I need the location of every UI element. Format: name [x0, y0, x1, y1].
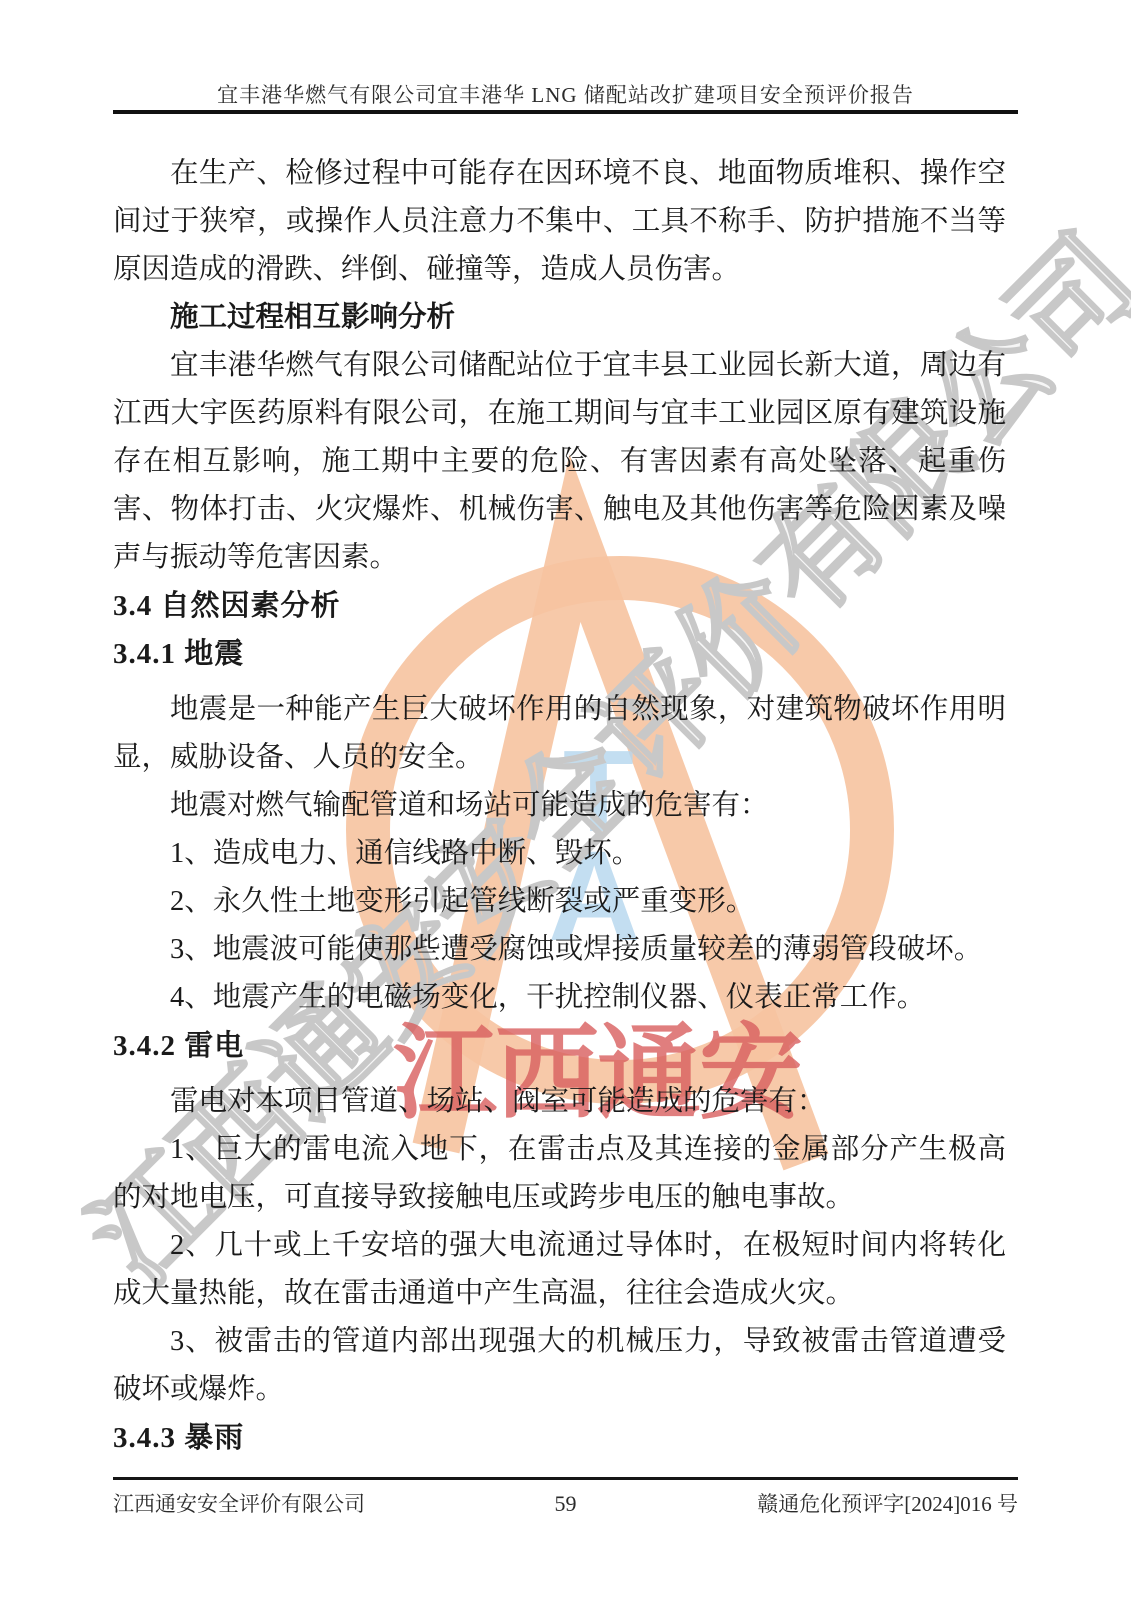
footer-page-number: 59 [506, 1491, 626, 1517]
paragraph-construction-impact: 宜丰港华燃气有限公司储配站位于宜丰县工业园长新大道，周边有江西大宇医药原料有限公… [113, 342, 1006, 582]
list-item-earthquake-1: 1、造成电力、通信线路中断、毁坏。 [113, 830, 1006, 878]
list-item-lightning-2: 2、几十或上千安培的强大电流通过导体时，在极短时间内将转化成大量热能，故在雷击通… [113, 1222, 1006, 1318]
footer: 江西通安安全评价有限公司 59 赣通危化预评字[2024]016 号 [113, 1488, 1018, 1518]
heading-3-4-3-rainstorm: 3.4.3 暴雨 [113, 1414, 1006, 1462]
document-page: T A 江西通安安全评价有限公司 江西通安 宜丰港华燃气有限公司宜丰港华 LNG… [0, 0, 1131, 1600]
list-item-lightning-1: 1、巨大的雷电流入地下，在雷击点及其连接的金属部分产生极高的对地电压，可直接导致… [113, 1126, 1006, 1222]
heading-3-4-natural-factors: 3.4 自然因素分析 [113, 582, 1006, 630]
paragraph-lightning-lead: 雷电对本项目管道、场站、阀室可能造成的危害有： [113, 1078, 1006, 1126]
list-item-earthquake-3: 3、地震波可能使那些遭受腐蚀或焊接质量较差的薄弱管段破坏。 [113, 926, 1006, 974]
list-item-earthquake-4: 4、地震产生的电磁场变化，干扰控制仪器、仪表正常工作。 [113, 974, 1006, 1022]
paragraph-earthquake-hazards-lead: 地震对燃气输配管道和场站可能造成的危害有： [113, 782, 1006, 830]
footer-doc-number: 赣通危化预评字[2024]016 号 [626, 1488, 1019, 1518]
footer-divider [113, 1477, 1018, 1480]
paragraph-earthquake-intro: 地震是一种能产生巨大破坏作用的自然现象，对建筑物破坏作用明显，威胁设备、人员的安… [113, 686, 1006, 782]
heading-3-4-1-earthquake: 3.4.1 地震 [113, 630, 1006, 678]
list-item-lightning-3: 3、被雷击的管道内部出现强大的机械压力，导致被雷击管道遭受破坏或爆炸。 [113, 1318, 1006, 1414]
heading-3-4-2-lightning: 3.4.2 雷电 [113, 1022, 1006, 1070]
list-item-earthquake-2: 2、永久性土地变形引起管线断裂或严重变形。 [113, 878, 1006, 926]
heading-construction-impact: 施工过程相互影响分析 [113, 294, 1006, 342]
paragraph-production-risk: 在生产、检修过程中可能存在因环境不良、地面物质堆积、操作空间过于狭窄，或操作人员… [113, 150, 1006, 294]
header-divider [113, 110, 1018, 114]
footer-company: 江西通安安全评价有限公司 [113, 1488, 506, 1518]
document-body: 在生产、检修过程中可能存在因环境不良、地面物质堆积、操作空间过于狭窄，或操作人员… [113, 150, 1006, 1462]
header-title: 宜丰港华燃气有限公司宜丰港华 LNG 储配站改扩建项目安全预评价报告 [0, 79, 1131, 109]
